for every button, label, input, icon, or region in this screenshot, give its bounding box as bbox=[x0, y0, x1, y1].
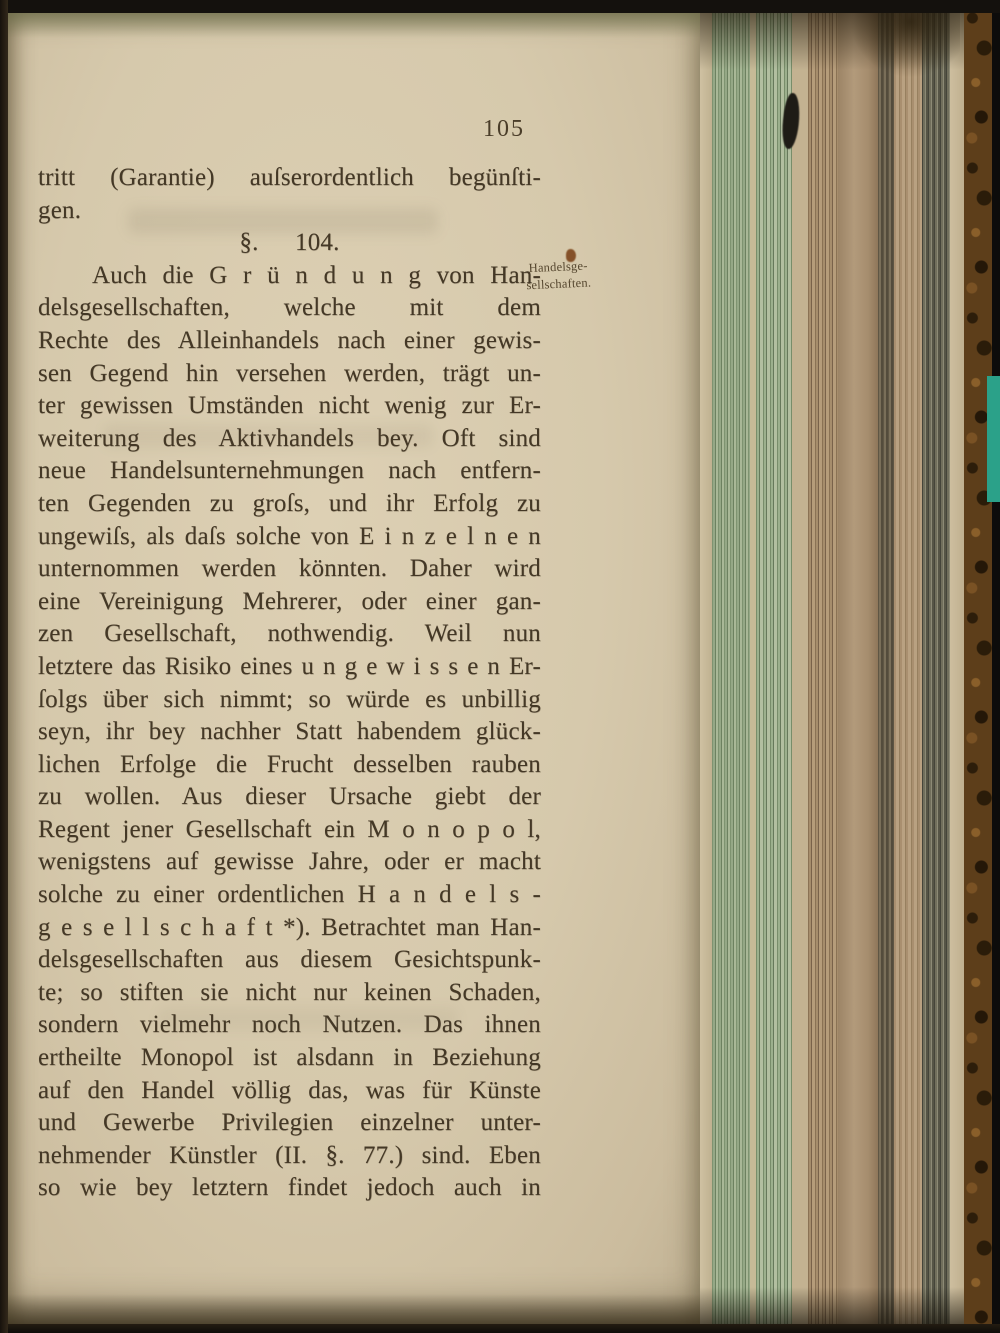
body-text: tritt (Garantie) auſserordentlich begünſ… bbox=[38, 162, 541, 1205]
text-line: eine Vereinigung Mehrerer, oder einer ga… bbox=[38, 586, 541, 619]
text-line: delsgesellschaften, welche mit dem bbox=[38, 292, 541, 325]
book-page: 105 tritt (Garantie) auſserordentlich be… bbox=[8, 12, 702, 1324]
text-line: zu wollen. Aus dieser Ursache giebt der bbox=[38, 781, 541, 814]
background-right bbox=[992, 0, 1000, 1333]
fore-edge-pages bbox=[700, 0, 964, 1333]
fore-edge-shading bbox=[700, 0, 964, 1333]
background-teal-patch bbox=[987, 376, 1000, 502]
text-line: sen Gegend hin versehen werden, trägt un… bbox=[38, 358, 541, 391]
text-line: neue Handelsunternehmungen nach entfern- bbox=[38, 455, 541, 488]
text-line: Regent jener Gesellschaft ein M o n o p … bbox=[38, 814, 541, 847]
background-top bbox=[0, 0, 1000, 13]
text-line: ungewiſs, als daſs solche von E i n z e … bbox=[38, 521, 541, 554]
text-line: tritt (Garantie) auſserordentlich begünſ… bbox=[38, 162, 541, 195]
text-line: g e s e l l s c h a f t *). Betrachtet m… bbox=[38, 912, 541, 945]
text-line: delsgesellschaften aus diesem Gesichtspu… bbox=[38, 944, 541, 977]
text-line: gen. bbox=[38, 195, 541, 228]
text-line: auf den Handel völlig das, was für Künst… bbox=[38, 1075, 541, 1108]
text-line: unternommen werden könnten. Daher wird bbox=[38, 553, 541, 586]
text-line: lichen Erfolge die Frucht desselben raub… bbox=[38, 749, 541, 782]
margin-note: Handelsge- sellschaften. bbox=[528, 256, 629, 293]
text-line: nehmender Künstler (II. §. 77.) sind. Eb… bbox=[38, 1140, 541, 1173]
text-line: wenigstens auf gewisse Jahre, oder er ma… bbox=[38, 846, 541, 879]
text-line: ertheilte Monopol ist alsdann in Beziehu… bbox=[38, 1042, 541, 1075]
page-number: 105 bbox=[38, 116, 541, 143]
text-line: Rechte des Alleinhandels nach einer gewi… bbox=[38, 325, 541, 358]
text-line: ten Gegenden zu groſs, und ihr Erfolg zu bbox=[38, 488, 541, 521]
background-left bbox=[0, 0, 8, 1333]
text-line: sondern vielmehr noch Nutzen. Das ihnen bbox=[38, 1009, 541, 1042]
text-line: und Gewerbe Privilegien einzelner unter- bbox=[38, 1107, 541, 1140]
ink-stain bbox=[566, 249, 576, 262]
section-heading: §. 104. bbox=[38, 227, 541, 260]
text-line: Auch die G r ü n d u n g von Han- bbox=[38, 260, 541, 293]
background-bottom bbox=[0, 1324, 1000, 1333]
text-line: ter gewissen Umständen nicht wenig zur E… bbox=[38, 390, 541, 423]
text-line: so wie bey letztern findet jedoch auch i… bbox=[38, 1172, 541, 1205]
book-scan: 105 tritt (Garantie) auſserordentlich be… bbox=[0, 0, 1000, 1333]
text-line: ſolgs über sich nimmt; so würde es unbil… bbox=[38, 684, 541, 717]
text-line: letztere das Risiko eines u n g e w i s … bbox=[38, 651, 541, 684]
text-line: seyn, ihr bey nachher Statt habendem glü… bbox=[38, 716, 541, 749]
text-line: zen Gesellschaft, nothwendig. Weil nun bbox=[38, 618, 541, 651]
text-line: te; so stiften sie nicht nur keinen Scha… bbox=[38, 977, 541, 1010]
page-top-edge bbox=[8, 12, 702, 38]
page-bottom-edge bbox=[8, 1294, 702, 1324]
book-cover-marbled bbox=[964, 0, 992, 1333]
text-line: weiterung des Aktivhandels bey. Oft sind bbox=[38, 423, 541, 456]
text-line: solche zu einer ordentlichen H a n d e l… bbox=[38, 879, 541, 912]
